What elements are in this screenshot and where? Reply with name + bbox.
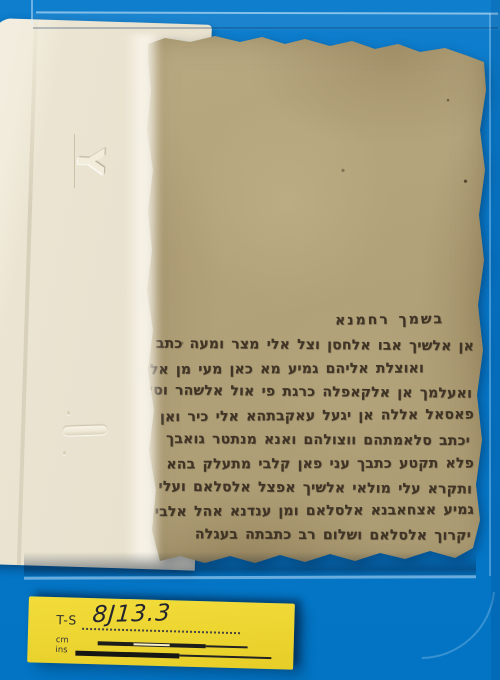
classmark-ruler-label: T-S 8J13.3 cm ins	[27, 596, 295, 669]
fragment-frayed-edge	[124, 34, 162, 562]
ins-scale-bar	[75, 650, 271, 661]
glass-sleeve-bottom-edge	[24, 575, 476, 580]
folder-fold-seam	[17, 19, 38, 565]
cm-unit-label: cm	[56, 635, 69, 645]
embossed-bar-mark	[63, 425, 107, 436]
manuscript-fragment-wrapper: בשמך רחמנא אן אלשיך אבו אלחסן וצל אלי מצ…	[140, 30, 490, 570]
dotted-writing-line	[82, 628, 240, 634]
embossed-letter-mark: Y	[65, 137, 113, 185]
cm-scale-bar	[98, 640, 248, 649]
manuscript-text-block: בשמך רחמנא אן אלשיך אבו אלחסן וצל אלי מצ…	[144, 310, 474, 548]
manuscript-line: גמיע אצחאבנא אלסלאם ומן ענדנא אהל אלבית	[144, 499, 474, 525]
outside-sleeve-strip	[491, 0, 500, 680]
cm-scale-segment	[170, 643, 206, 648]
glass-sleeve-top-edge-inner	[33, 27, 498, 29]
manuscript-line: בשמך רחמנא	[144, 308, 474, 336]
manuscript-line: ואוצלת אליהם גמיע מא כאן מעי מן אלדנאניר	[144, 357, 474, 383]
ins-unit-label: ins	[55, 645, 67, 655]
paper-edge-shadow	[24, 552, 476, 576]
glass-sleeve-corner-reflection	[398, 586, 498, 670]
emboss-speck	[67, 411, 70, 415]
manuscript-line: ותקרא עלי מולאי אלשיך אפצל אלסלאם ועלי	[144, 475, 474, 502]
ins-scale-tail-line	[179, 655, 271, 659]
manuscript-line: יכתב סלאמתהם ווצולהם ואנא מנתטר גואבך	[144, 428, 474, 454]
classmark-number: 8J13.3	[91, 600, 172, 628]
manuscript-line: יקרוך אלסלאם ושלום רב כתבתה בעגלה	[144, 523, 474, 549]
photo-stage: Y בשמך רחמנא אן אלשיך אבו אלחסן וצל אלי …	[0, 0, 500, 680]
cm-scale-tail-line	[206, 646, 248, 649]
manuscript-line: אן אלשיך אבו אלחסן וצל אלי מצר ומעה כתב	[144, 332, 474, 359]
manuscript-line: פאסאל אללה אן יגעל עאקבתהא אלי כיר ואן	[144, 404, 474, 431]
manuscript-line: ואעלמך אן אלקאפלה כרגת פי אול אלשהר וסאר…	[144, 380, 474, 407]
ins-scale-segment	[75, 650, 179, 658]
manuscript-line: פלא תקטע כתבך עני פאן קלבי מתעלק בהא	[144, 452, 474, 477]
cm-scale-segment	[98, 641, 134, 646]
classmark-prefix: T-S	[56, 612, 77, 628]
manuscript-fragment: בשמך רחמנא אן אלשיך אבו אלחסן וצל אלי מצ…	[140, 30, 490, 570]
emboss-speck	[63, 451, 66, 455]
cm-scale-segment	[134, 642, 170, 647]
glass-sleeve-left-edge	[31, 0, 33, 26]
